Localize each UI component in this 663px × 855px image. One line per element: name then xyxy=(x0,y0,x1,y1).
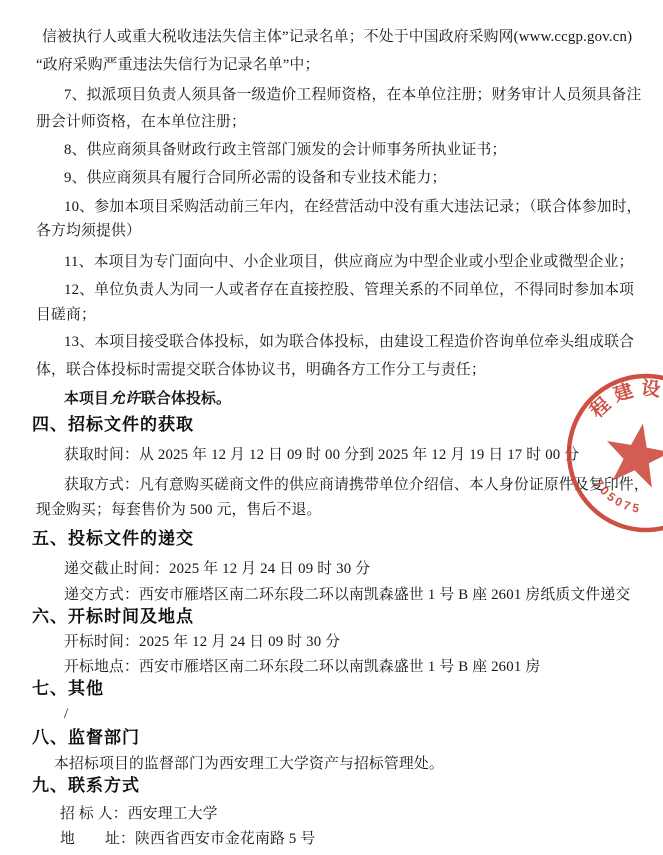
doc-line-clause-12: 12、单位负责人为同一人或者存在直接控股、管理关系的不同单位，不得同时参加本项 xyxy=(64,281,634,300)
doc-line: 各方均须提供） xyxy=(36,222,141,241)
section-heading-contact: 九、联系方式 xyxy=(32,776,140,795)
allow-joint-venture-line: 本项目允许联合体投标。 xyxy=(64,390,231,409)
section-heading-supervision: 八、监督部门 xyxy=(32,728,140,747)
section-heading-document-obtain: 四、招标文件的获取 xyxy=(32,415,194,434)
allow-line-prefix: 本项目 xyxy=(64,391,109,407)
section-heading-bid-submission: 五、投标文件的递交 xyxy=(32,529,194,548)
doc-line: 册会计师资格，在本单位注册； xyxy=(36,113,246,132)
allow-line-suffix: 联合体投标。 xyxy=(141,391,231,407)
doc-line: 体，联合体投标时需提交联合体协议书，明确各方工作分工与责任； xyxy=(36,361,486,380)
doc-line: 目磋商； xyxy=(36,306,96,325)
submission-method-line: 递交方式：西安市雁塔区南二环东段二环以南凯森盛世 1 号 B 座 2601 房纸… xyxy=(64,586,630,605)
tender-document-page: 信被执行人或重大税收违法失信主体”记录名单；不处于中国政府采购网(www.ccg… xyxy=(0,0,663,855)
seal-outer-ring xyxy=(569,376,663,530)
section-heading-bid-opening: 六、开标时间及地点 xyxy=(32,607,194,626)
doc-line: 现金购买；每套售价为 500 元，售后不退。 xyxy=(36,501,322,520)
doc-line-clause-8: 8、供应商须具备财政行政主管部门颁发的会计师事务所执业证书； xyxy=(64,141,507,160)
obtain-method-line: 获取方式：凡有意购买磋商文件的供应商请携带单位介绍信、本人身份证原件及复印件， xyxy=(64,476,649,495)
opening-place-line: 开标地点：西安市雁塔区南二环东段二环以南凯森盛世 1 号 B 座 2601 房 xyxy=(64,658,540,677)
doc-line: 信被执行人或重大税收违法失信主体”记录名单；不处于中国政府采购网(www.ccg… xyxy=(42,28,632,47)
obtain-time-line: 获取时间：从 2025 年 12 月 12 日 09 时 00 分到 2025 … xyxy=(64,446,579,465)
address-line: 地 址：陕西省西安市金花南路 5 号 xyxy=(60,830,315,849)
opening-time-line: 开标时间：2025 年 12 月 24 日 09 时 30 分 xyxy=(64,633,340,652)
section-heading-other: 七、其他 xyxy=(32,679,104,698)
submission-deadline-line: 递交截止时间：2025 年 12 月 24 日 09 时 30 分 xyxy=(64,560,370,579)
other-slash-line: / xyxy=(64,705,68,724)
doc-line-clause-13: 13、本项目接受联合体投标，如为联合体投标，由建设工程造价咨询单位牵头组成联合 xyxy=(64,333,634,352)
doc-line-clause-11: 11、本项目为专门面向中、小企业项目，供应商应为中型企业或小型企业或微型企业； xyxy=(64,253,634,272)
doc-line: “政府采购严重违法失信行为记录名单”中； xyxy=(36,56,319,75)
tenderee-line: 招 标 人：西安理工大学 xyxy=(60,805,218,824)
doc-line-clause-10: 10、参加本项目采购活动前三年内，在经营活动中没有重大违法记录；（联合体参加时， xyxy=(64,198,642,217)
seal-arc-text: 程建设 xyxy=(585,376,663,422)
doc-line-clause-9: 9、供应商须具有履行合同所必需的设备和专业技术能力； xyxy=(64,169,447,188)
supervision-dept-line: 本招标项目的监督部门为西安理工大学资产与招标管理处。 xyxy=(54,755,444,774)
allow-line-italic: 允许 xyxy=(109,391,141,407)
doc-line-clause-7: 7、拟派项目负责人须具备一级造价工程师资格，在本单位注册；财务审计人员须具备注 xyxy=(64,86,641,105)
